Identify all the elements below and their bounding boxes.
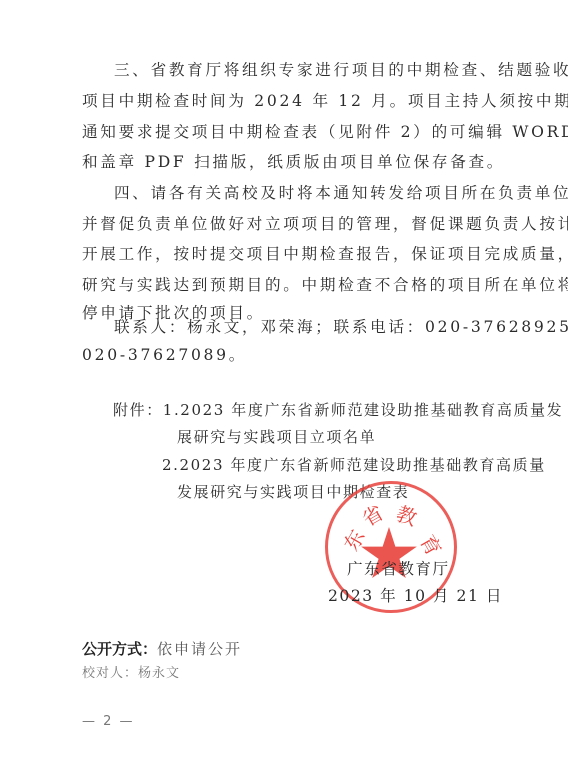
attachment-2-line-1: 2.2023 年度广东省新师范建设助推基础教育高质量 — [162, 455, 546, 475]
disclosure-method: 公开方式：依申请公开 — [82, 638, 242, 659]
para4-line-2: 并督促负责单位做好对立项项目的管理，督促课题负责人按计划 — [82, 214, 568, 234]
contact-line-1: 联系人：杨永文，邓荣海；联系电话：020-37628925， — [114, 317, 568, 337]
para3-line-2: 项目中期检查时间为 2024 年 12 月。项目主持人须按中期检查 — [82, 91, 568, 111]
disclosure-value: 依申请公开 — [157, 640, 242, 658]
signature-date: 2023 年 10 月 21 日 — [328, 584, 503, 606]
para4-line-4: 研究与实践达到预期目的。中期检查不合格的项目所在单位将暂 — [82, 275, 568, 295]
disclosure-label: 公开方式： — [82, 640, 157, 658]
para4-line-1: 四、请各有关高校及时将本通知转发给项目所在负责单位， — [114, 183, 568, 203]
proofreader: 校对人：杨永文 — [82, 662, 180, 681]
attachment-1-line-1: 附件：1.2023 年度广东省新师范建设助推基础教育高质量发 — [113, 400, 563, 420]
para4-line-3: 开展工作，按时提交项目中期检查报告，保证项目完成质量，使 — [82, 244, 568, 264]
para3-line-4: 和盖章 PDF 扫描版，纸质版由项目单位保存备查。 — [82, 152, 505, 172]
page-number: — 2 — — [82, 714, 135, 729]
para3-line-1: 三、省教育厅将组织专家进行项目的中期检查、结题验收。 — [114, 60, 568, 80]
para3-line-3: 通知要求提交项目中期检查表（见附件 2）的可编辑 WORD 版 — [82, 122, 568, 142]
contact-line-2: 020-37627089。 — [82, 345, 247, 365]
attachment-1-line-2: 展研究与实践项目立项名单 — [177, 427, 376, 447]
signature-org: 广东省教育厅 — [347, 557, 450, 579]
